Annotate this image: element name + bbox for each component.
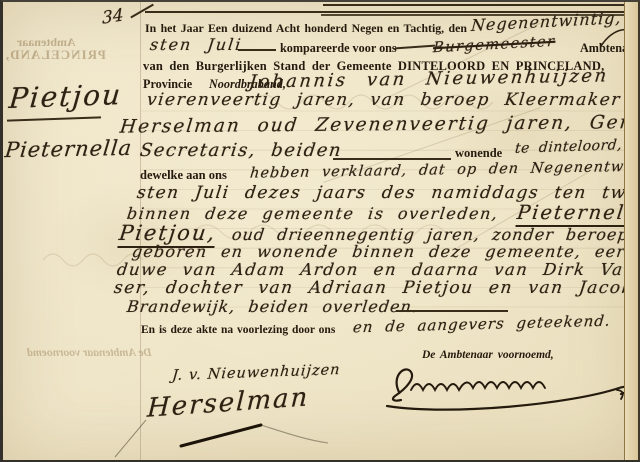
handwritten-struck-text: Burgemeester (433, 34, 556, 56)
printed-italic-text: De Ambtenaar voornoemd, (422, 349, 554, 361)
act-line-6: Herselman oud Zevenenveertig jaren, Geme… (120, 111, 640, 137)
handwritten-text: Brandewijk, beiden overleden. (126, 297, 419, 316)
bleedthrough-text: De Ambtenaar voornoemd (27, 347, 152, 359)
bleedthrough-text: PRINCELAND, (5, 47, 106, 63)
margin-surname: Pietjou (8, 78, 122, 115)
handwritten-date: sten Juli (149, 35, 244, 54)
scanned-death-record: Ambtenaar PRINCELAND, De Ambtenaar voorn… (0, 0, 640, 462)
handwritten-text: hebben verklaard, dat op den Negenentwin… (249, 158, 640, 181)
act-line-7: Secretaris, beiden (140, 140, 342, 161)
handwritten-text: ser, dochter van Adriaan Pietjou en van … (113, 278, 640, 298)
official-label: De Ambtenaar voornoemd, (422, 345, 554, 363)
act-line-12: geboren en wonende binnen deze gemeente,… (132, 242, 640, 262)
act-line-13: duwe van Adam Ardon en daarna van Dirk V… (117, 260, 640, 280)
act-line-9: sten Juli dezes jaars des namiddags ten … (137, 183, 640, 203)
ink-scribble (395, 45, 435, 50)
page-binding-edge (624, 2, 640, 460)
printed-text: dewelke aan ons (140, 168, 227, 182)
handwritten-text: Secretaris, beiden (139, 140, 344, 161)
paper-page: Ambtenaar PRINCELAND, De Ambtenaar voorn… (3, 2, 638, 460)
handwritten-text: sten Juli dezes jaars des namiddags ten … (136, 183, 640, 203)
signature-flourish (111, 410, 341, 460)
margin-surname-underline (7, 116, 101, 122)
printed-text: Provincie (143, 77, 192, 91)
printed-text: kompareerde voor ons (280, 41, 397, 55)
handwritten-text: vierenveertig jaren, van beroep Kleermak… (146, 90, 640, 110)
closing-dash-rule (396, 310, 508, 312)
act-line-5: vierenveertig jaren, van beroep Kleermak… (147, 90, 640, 110)
top-rule (323, 4, 625, 6)
record-number-text: 34 (102, 5, 124, 29)
signature-text: J. v. Nieuwenhuijzen (171, 362, 341, 384)
handwritten-text: geboren en wonende binnen deze gemeente,… (131, 242, 640, 261)
signature-declarant-1: J. v. Nieuwenhuijzen (172, 361, 341, 385)
printed-text: En is deze akte na voorlezing door ons (141, 324, 335, 336)
record-number: 34 (101, 5, 126, 28)
closing-line-printed: En is deze akte na voorlezing door ons (141, 320, 335, 338)
act-line-7-hw2: te dinteloord, (515, 136, 623, 158)
act-line-8-printed: dewelke aan ons (140, 166, 227, 184)
act-line-2: kompareerde voor ons (280, 39, 397, 57)
handwritten-text: Herselman oud Zevenenveertig jaren, Geme… (119, 111, 640, 137)
act-line-15: Brandewijk, beiden overleden. (127, 297, 418, 317)
margin-given-name-text: Pieternella (4, 136, 134, 162)
handwritten-text: te dinteloord, (514, 137, 623, 157)
margin-given-name: Pieternella (5, 136, 132, 162)
margin-surname-text: Pietjou (8, 78, 124, 115)
act-line-7-printed: wonende (455, 144, 502, 162)
printed-text: In het Jaar Een duizend Acht honderd Neg… (145, 21, 467, 35)
act-line-2-date: sten Juli (150, 35, 242, 55)
blank-filler-rule (333, 158, 451, 160)
official-signature-flourish (381, 362, 640, 416)
act-line-8-hw: hebben verklaard, dat op den Negenentwin… (250, 157, 640, 182)
act-line-14: ser, dochter van Adriaan Pietjou en van … (114, 278, 640, 298)
printed-dash (238, 49, 276, 51)
printed-text: wonende (455, 146, 502, 160)
handwritten-text: duwe van Adam Ardon en daarna van Dirk V… (116, 260, 640, 279)
